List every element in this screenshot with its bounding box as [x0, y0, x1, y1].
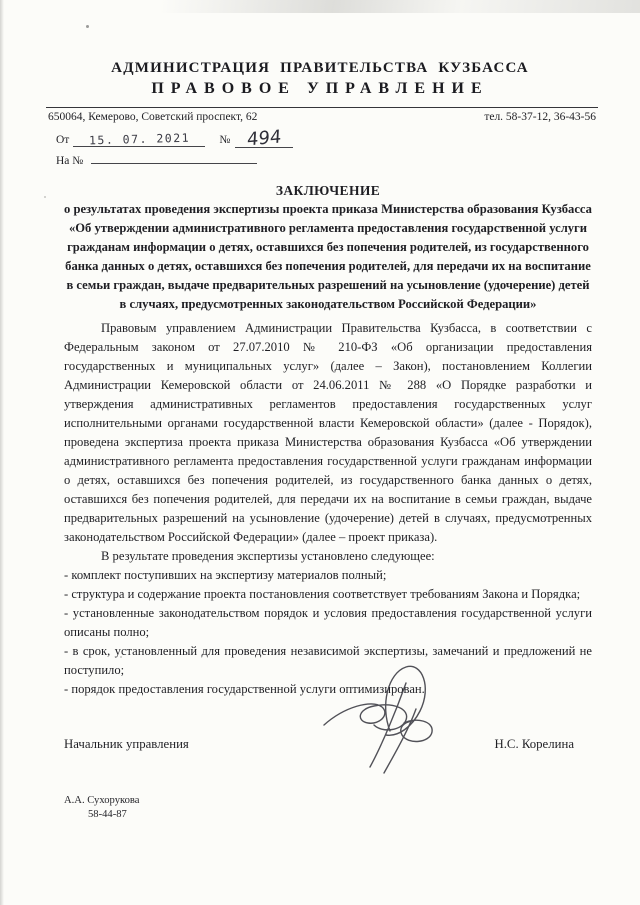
executor-name: А.А. Сухорукова — [64, 794, 640, 808]
scanned-document-page: АДМИНИСТРАЦИЯ ПРАВИТЕЛЬСТВА КУЗБАССА ПРА… — [0, 0, 640, 905]
body-paragraph-2: В результате проведения экспертизы устан… — [64, 547, 592, 566]
scan-speckle — [120, 656, 122, 658]
phone-numbers: тел. 58-37-12, 36-43-56 — [484, 111, 596, 123]
signature-block: Начальник управления Н.С. Корелина — [64, 737, 592, 752]
postal-address: 650064, Кемерово, Советский проспект, 62 — [48, 111, 257, 123]
finding-item-4: - в срок, установленный для проведения н… — [64, 642, 592, 680]
handwritten-document-number: 494 — [247, 133, 282, 146]
incoming-reference-row: На № — [56, 150, 640, 167]
scan-speckle — [86, 25, 89, 28]
body-paragraph-1: Правовым управлением Администрации Прави… — [64, 319, 592, 547]
number-field: 494 — [235, 133, 293, 148]
from-label: От — [56, 134, 69, 146]
document-subtitle: о результатах проведения экспертизы прое… — [64, 200, 592, 314]
organization-name: АДМИНИСТРАЦИЯ ПРАВИТЕЛЬСТВА КУЗБАССА — [0, 60, 640, 77]
ref-number-blank-field — [91, 150, 257, 164]
contact-row: 650064, Кемерово, Советский проспект, 62… — [0, 108, 640, 123]
handwritten-date-stamp: 15. 07. 2021 — [89, 131, 190, 148]
finding-item-5: - порядок предоставления государственной… — [64, 680, 592, 699]
finding-item-2: - структура и содержание проекта постано… — [64, 585, 592, 604]
document-title: ЗАКЛЮЧЕНИЕ — [64, 183, 592, 199]
finding-item-1: - комплект поступивших на экспертизу мат… — [64, 566, 592, 585]
letterhead: АДМИНИСТРАЦИЯ ПРАВИТЕЛЬСТВА КУЗБАССА ПРА… — [0, 0, 640, 167]
number-label: № — [219, 134, 230, 146]
date-field: 15. 07. 2021 — [73, 132, 205, 147]
scan-speckle — [44, 196, 46, 198]
document-body: ЗАКЛЮЧЕНИЕ о результатах проведения эксп… — [64, 183, 592, 699]
outgoing-reference-row: От 15. 07. 2021 № 494 — [56, 132, 640, 148]
executor-block: А.А. Сухорукова 58-44-87 — [64, 794, 640, 822]
signatory-position: Начальник управления — [64, 737, 189, 752]
department-name: ПРАВОВОЕ УПРАВЛЕНИЕ — [0, 80, 640, 98]
executor-phone: 58-44-87 — [64, 808, 640, 822]
finding-item-3: - установленные законодательством порядо… — [64, 604, 592, 642]
ref-label: На № — [56, 155, 83, 167]
signatory-name: Н.С. Корелина — [494, 737, 592, 752]
